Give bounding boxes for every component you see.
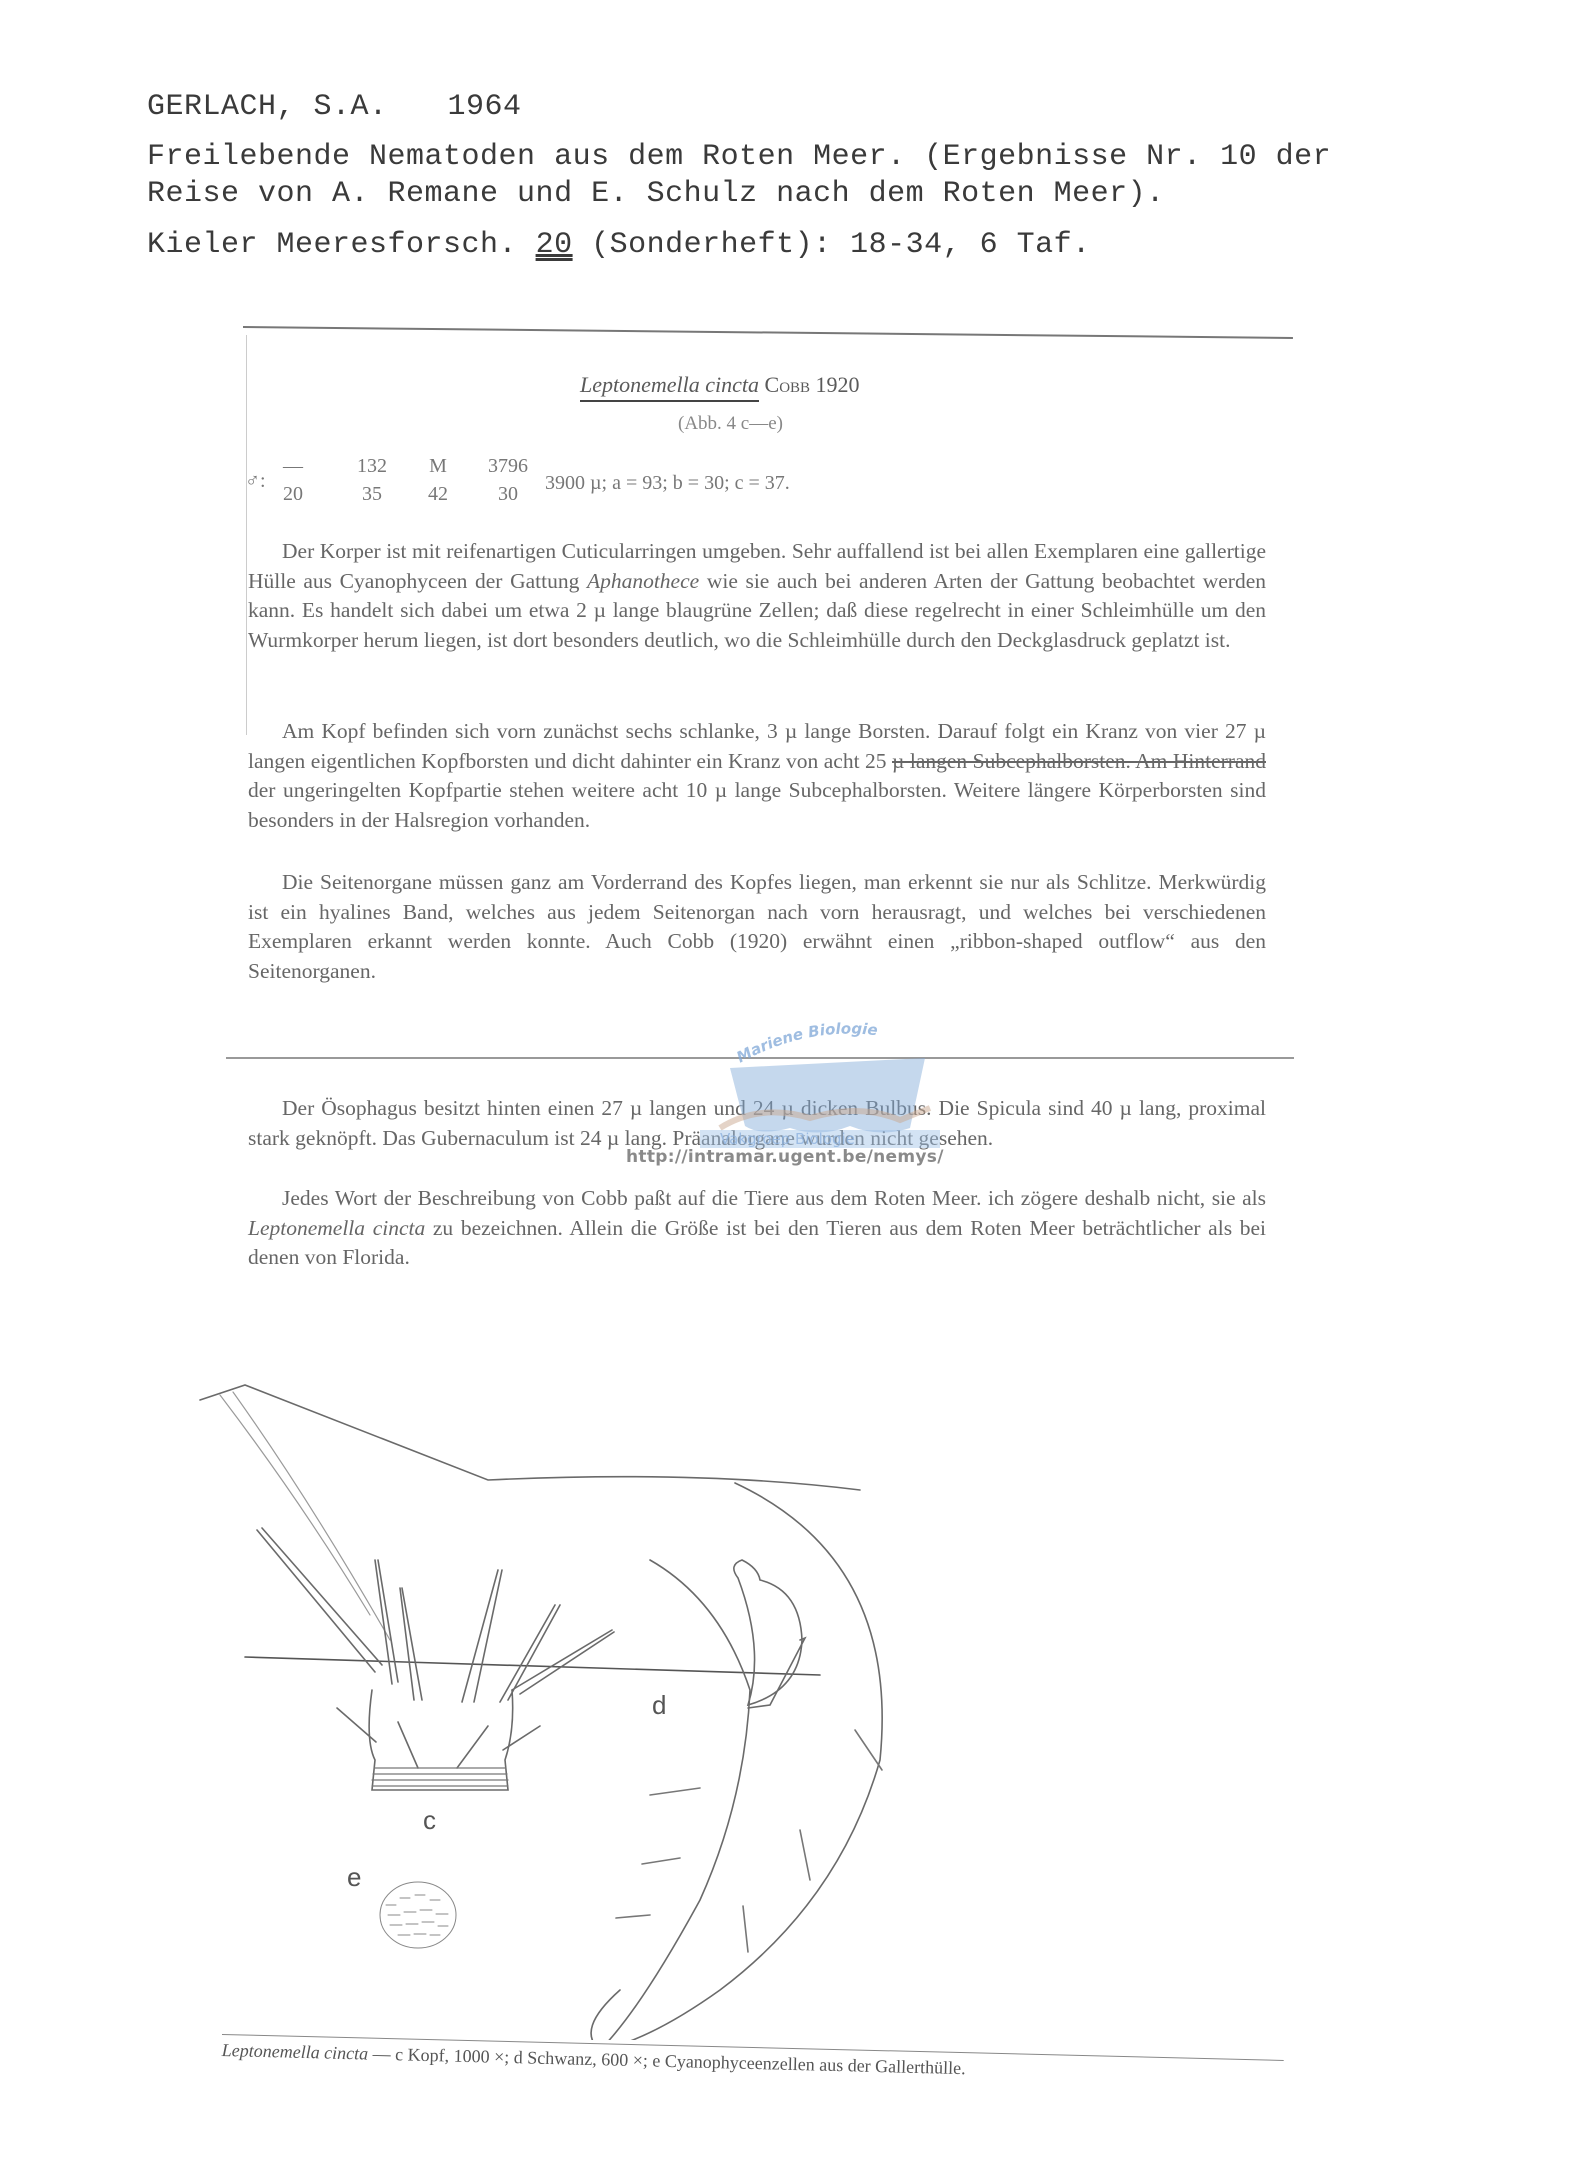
genus-name: Aphanothece <box>587 569 699 593</box>
watermark-url: http://intramar.ugent.be/nemys/ <box>626 1147 944 1167</box>
reference-journal-line: Kieler Meeresforsch. 20 (Sonderheft): 18… <box>147 228 1091 262</box>
species-heading: Leptonemella cincta Cobb 1920 <box>580 372 860 398</box>
text: Jedes Wort der Beschreibung von Cobb paß… <box>282 1186 1266 1210</box>
reference-year: 1964 <box>448 90 522 124</box>
formula-denominator: 30 <box>478 480 538 508</box>
formula-numerator: 3796 <box>478 452 538 480</box>
cyanophyceae-cells-e <box>380 1882 456 1948</box>
reference-pages: (Sonderheft): 18-34, 6 Taf. <box>591 228 1091 262</box>
formula-column: M 42 <box>408 452 468 508</box>
formula-numerator: 132 <box>342 452 402 480</box>
figure-4-drawings <box>0 1340 1581 2040</box>
paragraph-body-cuticle: Der Korper ist mit reifenartigen Cuticul… <box>248 537 1266 655</box>
formula-column: — 20 <box>263 452 323 508</box>
svg-text:Mariene Biologie: Mariene Biologie <box>734 1020 879 1067</box>
text: Die Seitenorgane müssen ganz am Vorderra… <box>248 868 1266 986</box>
caption-text: — c Kopf, 1000 ×; d Schwanz, 600 ×; e Cy… <box>368 2044 966 2079</box>
figure-caption: Leptonemella cincta — c Kopf, 1000 ×; d … <box>221 2040 965 2079</box>
formula-column: 3796 30 <box>478 452 538 508</box>
watermark-arc-text: Mariene Biologie <box>734 1020 879 1067</box>
figure-label-d: d <box>652 1690 666 1721</box>
paragraph-oesophagus: Der Ösophagus besitzt hinten einen 27 µ … <box>248 1094 1266 1153</box>
head-body-outline <box>200 1385 860 1490</box>
head-c-annules <box>372 1768 508 1786</box>
formula-denominator: 20 <box>263 480 323 508</box>
reference-author-line: GERLACH, S.A.1964 <box>147 90 522 124</box>
head-c-capsule <box>369 1690 513 1790</box>
head-c-setae <box>257 1528 614 1768</box>
struck-text: µ langen Subcephalborsten. Am Hinterrand <box>892 749 1266 773</box>
formula-ratios: 3900 µ; a = 93; b = 30; c = 37. <box>545 472 790 495</box>
formula-numerator: M <box>408 452 468 480</box>
paragraph-lateral-organs: Die Seitenorgane müssen ganz am Vorderra… <box>248 868 1266 986</box>
formula-denominator: 42 <box>408 480 468 508</box>
formula-denominator: 35 <box>342 480 402 508</box>
tail-d-inner-outline <box>600 1560 750 2040</box>
caption-species: Leptonemella cincta <box>222 2040 369 2064</box>
formula-numerator: — <box>263 452 323 480</box>
reference-author: GERLACH, S.A. <box>147 90 388 124</box>
reference-title-line-2: Reise von A. Remane und E. Schulz nach d… <box>147 177 1165 211</box>
figure-label-e: e <box>347 1862 361 1893</box>
clipping-middle-rule <box>226 1057 1294 1059</box>
species-figure-ref: (Abb. 4 c—e) <box>678 413 783 435</box>
species-authority: Cobb 1920 <box>765 372 860 397</box>
spicule <box>734 1560 802 1705</box>
clipping-top-rule <box>243 326 1293 339</box>
figure-label-c: c <box>423 1805 436 1836</box>
text: Der Ösophagus besitzt hinten einen 27 µ … <box>248 1094 1266 1153</box>
species-name: Leptonemella cincta <box>580 372 759 402</box>
reference-journal: Kieler Meeresforsch. <box>147 228 517 262</box>
formula-column: 132 35 <box>342 452 402 508</box>
paragraph-head-setae: Am Kopf befinden sich vorn zunächst sech… <box>248 717 1266 835</box>
reference-volume: 20 <box>536 228 573 262</box>
tail-d-outer-outline <box>591 1483 882 2040</box>
paragraph-identification: Jedes Wort der Beschreibung von Cobb paß… <box>248 1184 1266 1273</box>
reference-title-line-1: Freilebende Nematoden aus dem Roten Meer… <box>147 140 1331 174</box>
text: der ungeringelten Kopfpartie stehen weit… <box>248 778 1266 832</box>
species-name-inline: Leptonemella cincta <box>248 1216 425 1240</box>
tail-d-setae <box>616 1730 882 1952</box>
clipping-left-edge <box>246 335 247 735</box>
